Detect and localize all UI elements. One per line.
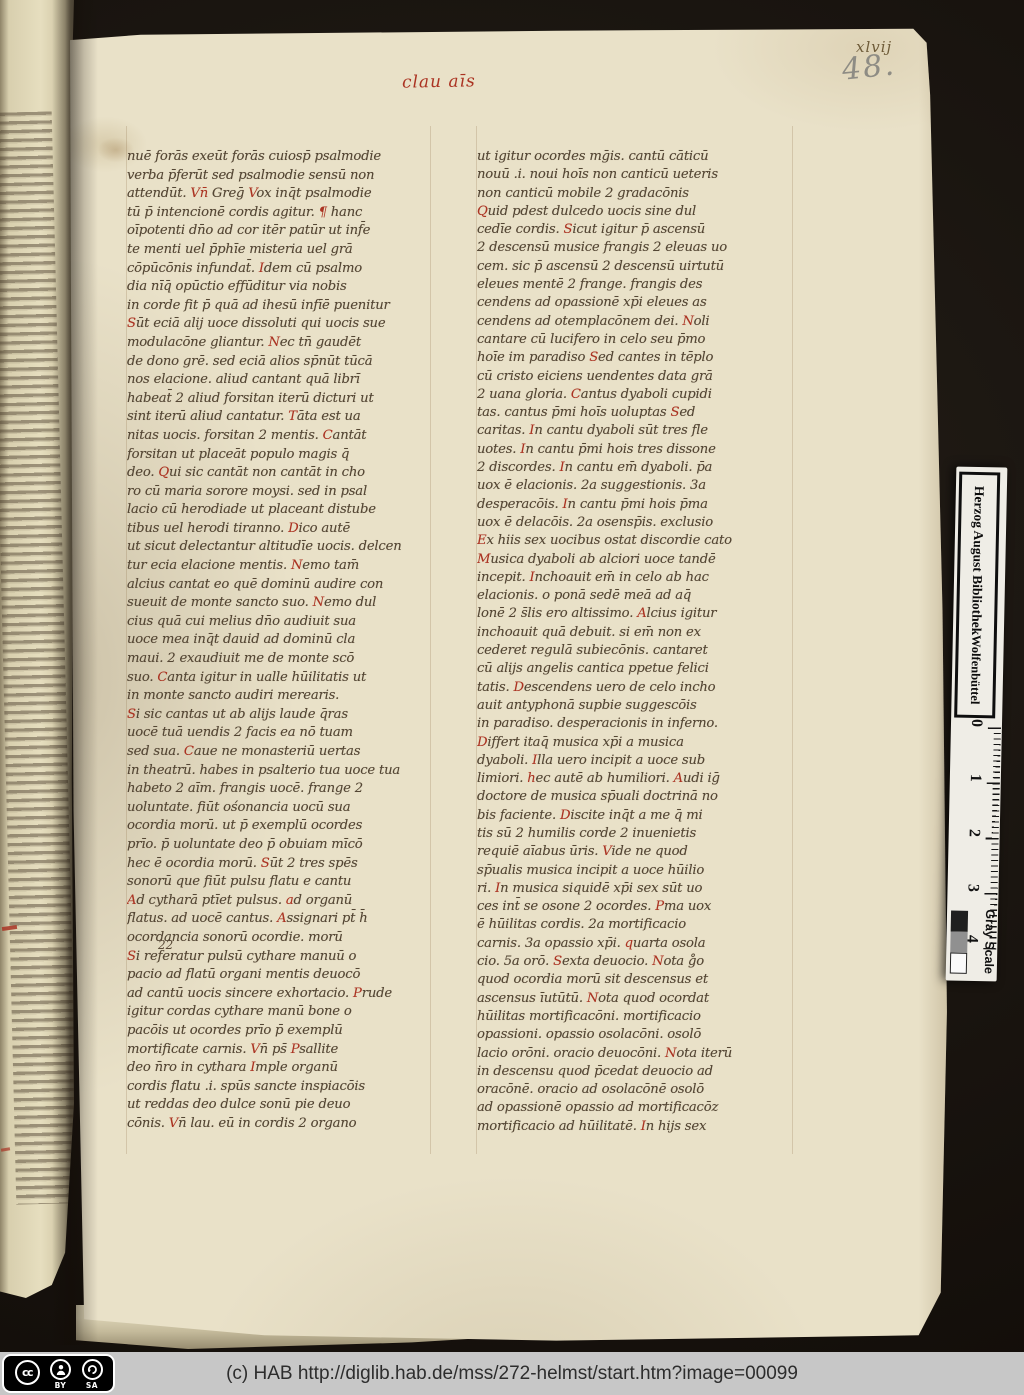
manuscript-text-line: quod ocordia morū sit descensus et <box>477 971 785 989</box>
manuscript-text-line: tur ecia elacione mentis. Nemo tam̄ <box>127 557 435 576</box>
manuscript-text-line: in theatrū. habes in psalterio tua uoce … <box>127 762 435 781</box>
manuscript-text-line: Quid pdest dulcedo uocis sine dul <box>477 203 785 221</box>
manuscript-text-line: deo. Qui sic cantāt non cantāt in cho <box>127 464 435 483</box>
ruler-number-2: 2 <box>965 829 983 837</box>
manuscript-text-line: eleues mentē 2 frange. frangis des <box>477 276 785 294</box>
manuscript-text-line: oīpotenti dn̄o ad cor itēr patūr ut inf̄… <box>127 222 435 241</box>
manuscript-text-line: Differt itaq̄ musica xp̄i a musica <box>477 734 785 752</box>
cc-by-label: BY <box>55 1381 67 1390</box>
cc-by-sa-badge: cc BY SA <box>2 1354 115 1393</box>
ruler-number-3: 3 <box>963 884 981 892</box>
caption-bar: (c) HAB http://diglib.hab.de/mss/272-hel… <box>0 1352 1024 1395</box>
facing-page-rubric-mark <box>1 1147 10 1152</box>
manuscript-text-line: mortificate carnis. Vn̄ ps̄ Psallite <box>127 1041 435 1060</box>
manuscript-text-line: verba p̄ferūt sed psalmodie sensū non <box>127 167 435 186</box>
manuscript-text-line: habeto 2 aīm. frangis uocē. frange 2 <box>127 780 435 799</box>
manuscript-text-line: uocē tuā uendis 2 facis ea nō tuam <box>127 724 435 743</box>
manuscript-text-line: elacionis. o ponā sedē meā ad aq̄ <box>477 587 785 605</box>
manuscript-text-line: ut igitur ocordes mḡis. cantū cāticū <box>477 148 785 166</box>
gray-scale-swatches <box>950 911 968 974</box>
manuscript-text-line: pacio ad flatū organi mentis deuocō <box>127 966 435 985</box>
institution-name-line2: Wolfenbüttel <box>968 635 983 705</box>
manuscript-text-line: habeat̄ 2 aliud forsitan iterū dicturi u… <box>127 390 435 409</box>
facing-page-text-lines <box>0 111 78 1204</box>
manuscript-text-line: in paradiso. desperacionis in inferno. <box>477 715 785 733</box>
manuscript-text-line: sonorū que fiūt pulsu flatu e cantu <box>127 873 435 892</box>
manuscript-text-line: in descensu quod p̄cedat deuocio ad <box>477 1063 785 1081</box>
manuscript-text-line: Musica dyaboli ab alciori uoce tandē <box>477 551 785 569</box>
manuscript-text-line: lonē 2 s̄lis ero altissimo. Alcius igitu… <box>477 605 785 623</box>
manuscript-text-line: carnis. 3a opassio xp̄i. quarta osola <box>477 935 785 953</box>
manuscript-text-line: tas. cantus p̄mi hoīs uoluptas Sed <box>477 404 785 422</box>
manuscript-text-line: desperacōis. In cantu p̄mi hois p̄ma <box>477 496 785 514</box>
manuscript-text-line: nitas uocis. forsitan 2 mentis. Cantāt <box>127 427 435 446</box>
manuscript-text-line: mortificacio ad hūilitatē. In hijs sex <box>477 1118 785 1136</box>
manuscript-text-line: requiē aīabus ūris. Vide ne quod <box>477 843 785 861</box>
manuscript-text-line: ad opassionē opassio ad mortificacōz <box>477 1099 785 1117</box>
manuscript-text-line: cendens ad opassionē xp̄i eleues as <box>477 294 785 312</box>
manuscript-text-line: uox ē elacionis. 2a suggestionis. 3a <box>477 477 785 495</box>
manuscript-text-line: sint iterū aliud cantatur. Tāta est ua <box>127 408 435 427</box>
gray-swatch-white <box>950 952 967 973</box>
manuscript-text-line: caritas. In cantu dyaboli sūt tres fle <box>477 422 785 440</box>
manuscript-text-line: ro cū maria sorore moysi. sed in psal <box>127 483 435 502</box>
manuscript-text-line: lacio cū herodiade ut placeant distube <box>127 501 435 520</box>
manuscript-text-line: lacio orōni. oracio deuocōni. Nota iterū <box>477 1045 785 1063</box>
manuscript-text-line: uox ē delacōis. 2a osensp̄is. exclusio <box>477 514 785 532</box>
manuscript-text-line: opassioni. opassio osolacōni. osolō <box>477 1026 785 1044</box>
manuscript-text-line: ascensus īutūtū. Nota quod ocordat <box>477 990 785 1008</box>
gray-swatch-mid <box>950 932 967 953</box>
facing-page-edge <box>0 0 74 1298</box>
manuscript-text-line: cōnis. Vn̄ lau. eū in cordis 2 organo <box>127 1115 435 1134</box>
manuscript-text-line: ē hūilitas cordis. 2a mortificacio <box>477 916 785 934</box>
manuscript-text-line: dyaboli. Illa uero incipit a uoce sub <box>477 752 785 770</box>
manuscript-text-line: ocordancia sonorū ocordie. morū <box>127 929 435 948</box>
manuscript-text-line: flatus. ad uocē cantus. Assignari pt̄ h̄ <box>127 910 435 929</box>
manuscript-text-line: cendens ad otemplacōnem dei. Noli <box>477 313 785 331</box>
manuscript-text-line: pacōis ut ocordes prīo p̄ exemplū <box>127 1022 435 1041</box>
manuscript-text-line: auit antyphonā supbie suggescōis <box>477 697 785 715</box>
ruling-line <box>792 126 793 1154</box>
manuscript-text-line: uoce mea inq̄t dauid ad dominū cla <box>127 631 435 650</box>
manuscript-text-line: incepit. Inchoauit em̄ in celo ab hac <box>477 569 785 587</box>
ruler-number-0: 0 <box>967 719 985 727</box>
manuscript-text-line: cio. 5a orō. Sexta deuocio. Nota g̊o <box>477 953 785 971</box>
manuscript-text-line: de dono grē. sed eciā alios sp̄nūt tūcā <box>127 353 435 372</box>
manuscript-text-line: cedīe cordis. Sicut igitur p̄ ascensū <box>477 221 785 239</box>
folio-number-pencil: 48. <box>840 47 897 87</box>
manuscript-text-line: cantare cū lucifero in celo seu p̄mo <box>477 331 785 349</box>
manuscript-text-line: forsitan ut placeāt populo magis q̄ <box>127 446 435 465</box>
manuscript-text-line: hoīe im paradiso Sed cantes in tēplo <box>477 349 785 367</box>
institution-name: Herzog August Bibliothek Wolfenbüttel <box>954 472 1000 719</box>
text-column-right: ut igitur ocordes mḡis. cantū cāticūnouū… <box>477 148 785 1140</box>
manuscript-text-line: ut reddas deo dulce sonū pie deuo <box>127 1096 435 1115</box>
manuscript-text-line: 2 descensū musice frangis 2 eleuas uo <box>477 239 785 257</box>
manuscript-text-line: tis sū 2 humilis corde 2 inuenietis <box>477 825 785 843</box>
gray-scale-label: Gray Scale <box>982 909 997 974</box>
manuscript-text-line: ocordia morū. ut p̄ exemplū ocordes <box>127 817 435 836</box>
manuscript-text-line: dia nīq̄ opūctio effūditur via nobis <box>127 278 435 297</box>
manuscript-text-line: sed sua. Caue ne monasteriū uertas <box>127 743 435 762</box>
institution-name-line1: Herzog August Bibliothek <box>969 485 987 635</box>
manuscript-text-line: doctore de musica sp̄uali doctrinā no <box>477 788 785 806</box>
cc-sa-label: SA <box>86 1381 98 1390</box>
manuscript-text-line: limiori. hec autē ab humiliori. Audi iḡ <box>477 770 785 788</box>
manuscript-text-line: sp̄ualis musica incipit a uoce hūilio <box>477 862 785 880</box>
manuscript-text-line: non canticū mobile 2 gradacōnis <box>477 185 785 203</box>
manuscript-text-line: 2 uana gloria. Cantus dyaboli cupidi <box>477 386 785 404</box>
manuscript-text-line: Sūt eciā alij uoce dissoluti qui uocis s… <box>127 315 435 334</box>
running-title: clau aīs <box>402 71 476 92</box>
manuscript-text-line: uotes. In cantu p̄mi hois tres dissone <box>477 441 785 459</box>
gray-swatch-dark <box>951 911 968 932</box>
manuscript-text-line: prīo. p̄ uoluntate deo p̄ obuiam mīcō <box>127 836 435 855</box>
ruler-card: Herzog August Bibliothek Wolfenbüttel 0 … <box>946 467 1008 982</box>
manuscript-text-line: cū alijs angelis cantica ppetue felici <box>477 660 785 678</box>
manuscript-text-line: nouū .i. noui hoīs non canticū ueteris <box>477 166 785 184</box>
manuscript-text-line: uoluntate. fiūt ośonancia uocū sua <box>127 799 435 818</box>
manuscript-text-line: maui. 2 exaudiuit me de monte scō <box>127 650 435 669</box>
manuscript-text-line: alcius cantat eo quē dominū audire con <box>127 576 435 595</box>
manuscript-text-line: attendūt. Vn̄ Greḡ Vox inq̄t psalmodie <box>127 185 435 204</box>
cc-sa-arrow-icon <box>82 1359 103 1380</box>
manuscript-text-line: ut sicut delectantur altitudīe uocis. de… <box>127 538 435 557</box>
manuscript-text-line: oracōnē. oracio ad osolacōnē osolō <box>477 1081 785 1099</box>
caption-text: (c) HAB http://diglib.hab.de/mss/272-hel… <box>226 1363 798 1385</box>
manuscript-text-line: cōpūcōnis infundat̄. Idem cū psalmo <box>127 260 435 279</box>
manuscript-text-line: 2 discordes. In cantu em̄ dyaboli. p̄a <box>477 459 785 477</box>
manuscript-text-line: cius quā cui melius dn̄o audiuit sua <box>127 613 435 632</box>
cc-by: BY <box>50 1357 71 1390</box>
manuscript-text-line: cederet regulā subiecōnis. cantaret <box>477 642 785 660</box>
manuscript-text-line: hūilitas mortificacōni. mortificacio <box>477 1008 785 1026</box>
manuscript-text-line: nos elacione. aliud cantant quā librī <box>127 371 435 390</box>
text-column-left: nuē forās exeūt forās cuiosp̄ psalmodiev… <box>127 148 435 1138</box>
manuscript-text-line: sueuit de monte sancto suo. Nemo dul <box>127 594 435 613</box>
manuscript-text-line: hec ē ocordia morū. Sūt 2 tres spēs <box>127 855 435 874</box>
manuscript-text-line: tatis. Descendens uero de celo incho <box>477 679 785 697</box>
manuscript-text-line: ad cantū uocis sincere exhortacio. Prude <box>127 985 435 1004</box>
cc-logo: cc <box>15 1357 40 1385</box>
manuscript-text-line: igitur cordas cythare manū bone o <box>127 1003 435 1022</box>
manuscript-page: clau aīs xlvij 48. 22 nuē forās exeūt fo… <box>70 8 954 1346</box>
manuscript-text-line: Ex hiis sex uocibus ostat discordie cato <box>477 532 785 550</box>
manuscript-text-line: ces int̄ se osone 2 ocordes. Pma uox <box>477 898 785 916</box>
manuscript-text-line: cem. sic p̄ ascensū 2 descensū uirtutū <box>477 258 785 276</box>
cc-sa: SA <box>82 1357 103 1390</box>
manuscript-text-line: cordis flatu .i. spūs sancte inspiacōis <box>127 1078 435 1097</box>
ruler-number-1: 1 <box>966 774 984 782</box>
manuscript-text-line: tū p̄ intencionē cordis agitur. ¶ hanc <box>127 204 435 223</box>
manuscript-text-line: te menti uel p̄phīe misteria uel grā <box>127 241 435 260</box>
manuscript-text-line: Ad cytharā ptīet pulsus. ad organū <box>127 892 435 911</box>
manuscript-text-line: ri. In musica siquidē xp̄i sex sūt uo <box>477 880 785 898</box>
manuscript-text-line: nuē forās exeūt forās cuiosp̄ psalmodie <box>127 148 435 167</box>
manuscript-text-line: in corde fit p̄ quā ad ihesū infīē pueni… <box>127 297 435 316</box>
manuscript-text-line: inchoauit quā debuit. si em̄ non ex <box>477 624 785 642</box>
manuscript-text-line: deo n̄ro in cythara Imple organū <box>127 1059 435 1078</box>
manuscript-text-line: in monte sancto audiri merearis. <box>127 687 435 706</box>
manuscript-text-line: suo. Canta igitur in ualle hūilitatis ut <box>127 669 435 688</box>
cc-by-person-icon <box>50 1359 71 1380</box>
manuscript-text-line: Si referatur pulsū cythare manuū o <box>127 948 435 967</box>
manuscript-text-line: modulacōne gliantur. Nec tn̄ gaudēt <box>127 334 435 353</box>
manuscript-text-line: tibus uel herodi tiranno. Dico autē <box>127 520 435 539</box>
manuscript-text-line: Si sic cantas ut ab alijs laude q̄ras <box>127 706 435 725</box>
manuscript-text-line: cū cristo eiciens uendentes data grā <box>477 368 785 386</box>
cc-icon: cc <box>15 1360 40 1385</box>
manuscript-text-line: bis faciente. Discite inq̄t a me q̄ mi <box>477 807 785 825</box>
